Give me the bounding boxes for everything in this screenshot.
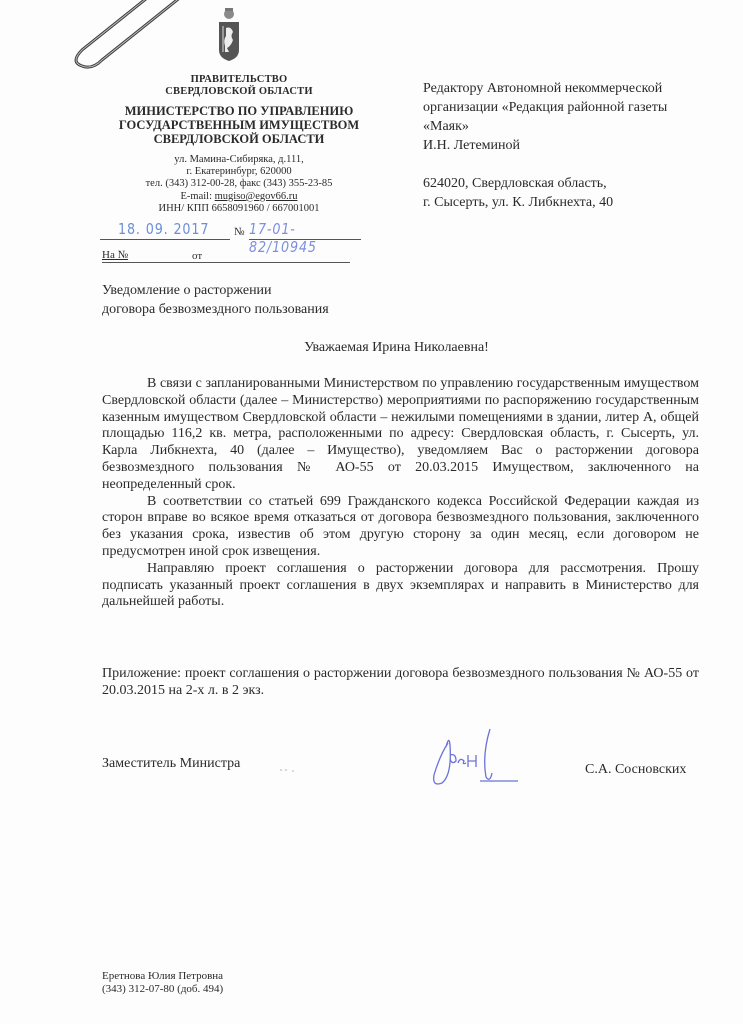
- registration-date-stamp: 18. 09. 2017: [118, 220, 209, 238]
- subject-line: Уведомление о расторжении: [102, 281, 329, 300]
- ministry-line: ГОСУДАРСТВЕННЫМ ИМУЩЕСТВОМ: [92, 118, 386, 132]
- letterhead: ПРАВИТЕЛЬСТВО СВЕРДЛОВСКОЙ ОБЛАСТИ МИНИС…: [92, 74, 386, 215]
- address-line: г. Екатеринбург, 620000: [92, 166, 386, 178]
- letter-body: В связи с запланированными Министерством…: [102, 376, 699, 611]
- address-line: ул. Мамина-Сибиряка, д.111,: [92, 154, 386, 166]
- divider: [100, 239, 230, 240]
- recipient-line: «Маяк»: [423, 117, 723, 136]
- email-label: E-mail:: [181, 191, 215, 202]
- recipient-address: г. Сысерть, ул. К. Либкнехта, 40: [423, 193, 723, 212]
- ministry-line: СВЕРДЛОВСКОЙ ОБЛАСТИ: [92, 132, 386, 146]
- salutation: Уважаемая Ирина Николаевна!: [0, 340, 743, 356]
- inn-kpp: ИНН/ КПП 6658091960 / 667001001: [92, 203, 386, 215]
- recipient-address: 624020, Свердловская область,: [423, 174, 723, 193]
- recipient-line: Редактору Автономной некоммерческой: [423, 79, 723, 98]
- reference-label: На №: [102, 249, 128, 261]
- email-link[interactable]: mugiso@egov66.ru: [215, 191, 298, 202]
- paragraph: В связи с запланированными Министерством…: [102, 376, 699, 494]
- divider: [102, 262, 350, 263]
- attachment-note: Приложение: проект соглашения о расторже…: [102, 665, 699, 699]
- divider: [249, 239, 361, 240]
- recipient-line: организации «Редакция районной газеты: [423, 98, 723, 117]
- letter-subject: Уведомление о расторжении договора безво…: [102, 281, 329, 319]
- email-line: E-mail: mugiso@egov66.ru: [92, 191, 386, 203]
- government-line: СВЕРДЛОВСКОЙ ОБЛАСТИ: [92, 86, 386, 98]
- recipient-block: Редактору Автономной некоммерческой орга…: [423, 79, 723, 212]
- phone-fax: тел. (343) 312-00-28, факс (343) 355-23-…: [92, 178, 386, 190]
- executor-info: Еретнова Юлия Петровна (343) 312-07-80 (…: [102, 970, 223, 996]
- ministry-contacts: ул. Мамина-Сибиряка, д.111, г. Екатеринб…: [92, 154, 386, 215]
- handwritten-signature: [420, 725, 520, 795]
- scan-specks: [278, 760, 298, 766]
- reference-line: На № от: [102, 249, 350, 267]
- reference-from-label: от: [192, 250, 202, 262]
- paperclip: [62, 0, 192, 70]
- signatory-position: Заместитель Министра: [102, 756, 240, 772]
- signatory-name: С.А. Сосновских: [585, 762, 686, 778]
- executor-phone: (343) 312-07-80 (доб. 494): [102, 983, 223, 996]
- ministry-title: МИНИСТЕРСТВО ПО УПРАВЛЕНИЮ ГОСУДАРСТВЕНН…: [92, 104, 386, 146]
- government-line: ПРАВИТЕЛЬСТВО: [92, 74, 386, 86]
- subject-line: договора безвозмездного пользования: [102, 300, 329, 319]
- executor-name: Еретнова Юлия Петровна: [102, 970, 223, 983]
- registration-line: 18. 09. 2017 № 17-01-82/10945: [100, 220, 352, 240]
- paragraph: В соответствии со статьей 699 Гражданско…: [102, 494, 699, 561]
- ministry-line: МИНИСТЕРСТВО ПО УПРАВЛЕНИЮ: [92, 104, 386, 118]
- registration-number-label: №: [234, 226, 245, 238]
- recipient-name: И.Н. Летеминой: [423, 136, 723, 155]
- paragraph: Направляю проект соглашения о расторжени…: [102, 561, 699, 611]
- government-title: ПРАВИТЕЛЬСТВО СВЕРДЛОВСКОЙ ОБЛАСТИ: [92, 74, 386, 98]
- coat-of-arms-icon: [216, 6, 242, 62]
